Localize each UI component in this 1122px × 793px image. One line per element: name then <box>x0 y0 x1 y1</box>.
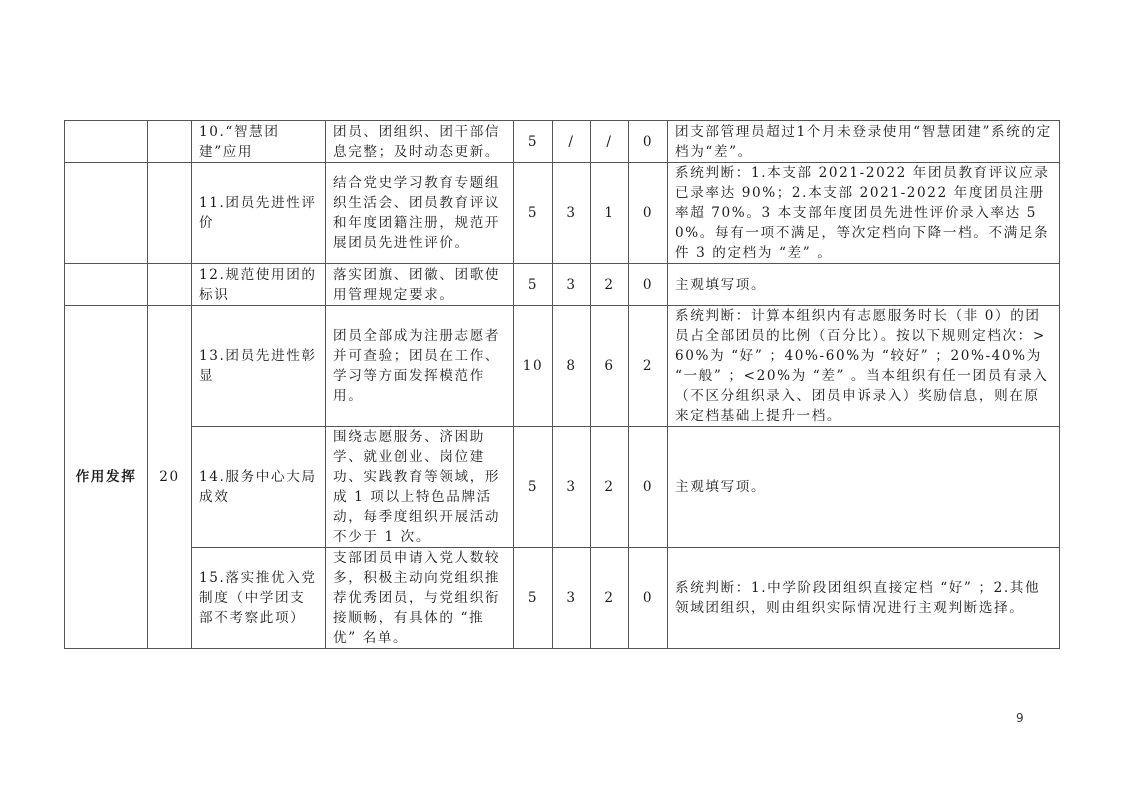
table-row: 11.团员先进性评价 结合党史学习教育专题组织生活会、团员教育评议和年度团籍注册… <box>65 163 1060 264</box>
score-fair: / <box>553 121 591 163</box>
total-cell-upper <box>148 121 192 163</box>
score-good: 10 <box>514 306 553 427</box>
table-row: 作用发挥 20 13.团员先进性彰显 团员全部成为注册志愿者并可查验；团员在工作… <box>65 306 1060 427</box>
score-fair: 8 <box>553 306 591 427</box>
table-row: 12.规范使用团的标识 落实团旗、团徽、团歌使用管理规定要求。 5 3 2 0 … <box>65 264 1060 306</box>
score-poor: 0 <box>629 264 668 306</box>
item-name: 12.规范使用团的标识 <box>192 264 326 306</box>
score-average: / <box>591 121 629 163</box>
total-cell-upper <box>148 264 192 306</box>
score-fair: 3 <box>553 163 591 264</box>
score-poor: 0 <box>629 121 668 163</box>
score-average: 2 <box>591 264 629 306</box>
grading-rule: 主观填写项。 <box>668 264 1060 306</box>
score-poor: 0 <box>629 548 668 649</box>
item-name: 13.团员先进性彰显 <box>192 306 326 427</box>
category-cell-upper <box>65 121 148 163</box>
score-fair: 3 <box>553 264 591 306</box>
total-cell-upper <box>148 163 192 264</box>
scoring-table: 10.“智慧团建”应用 团员、团组织、团干部信息完整；及时动态更新。 5 / /… <box>64 120 1060 649</box>
item-name: 15.落实推优入党制度（中学团支部不考察此项） <box>192 548 326 649</box>
score-average: 1 <box>591 163 629 264</box>
table-row: 15.落实推优入党制度（中学团支部不考察此项） 支部团员申请入党人数较多，积极主… <box>65 548 1060 649</box>
score-fair: 3 <box>553 548 591 649</box>
item-standard: 结合党史学习教育专题组织生活会、团员教育评议和年度团籍注册，规范开展团员先进性评… <box>326 163 514 264</box>
category-label: 作用发挥 <box>65 306 148 649</box>
score-good: 5 <box>514 427 553 548</box>
grading-rule: 系统判断：1.本支部 2021-2022 年团员教育评议应录已录率达 90%；2… <box>668 163 1060 264</box>
score-good: 5 <box>514 163 553 264</box>
table-row: 14.服务中心大局成效 围绕志愿服务、济困助学、就业创业、岗位建功、实践教育等领… <box>65 427 1060 548</box>
score-average: 6 <box>591 306 629 427</box>
category-total-score: 20 <box>148 306 192 649</box>
score-poor: 2 <box>629 306 668 427</box>
grading-rule: 团支部管理员超过1个月未登录使用“智慧团建”系统的定档为“差”。 <box>668 121 1060 163</box>
item-standard: 团员全部成为注册志愿者并可查验；团员在工作、学习等方面发挥模范作用。 <box>326 306 514 427</box>
item-standard: 落实团旗、团徽、团歌使用管理规定要求。 <box>326 264 514 306</box>
score-average: 2 <box>591 548 629 649</box>
score-poor: 0 <box>629 163 668 264</box>
score-good: 5 <box>514 121 553 163</box>
score-good: 5 <box>514 548 553 649</box>
item-standard: 支部团员申请入党人数较多，积极主动向党组织推荐优秀团员，与党组织衔接顺畅，有具体… <box>326 548 514 649</box>
score-good: 5 <box>514 264 553 306</box>
item-name: 10.“智慧团建”应用 <box>192 121 326 163</box>
item-name: 11.团员先进性评价 <box>192 163 326 264</box>
score-average: 2 <box>591 427 629 548</box>
page-number: 9 <box>1016 711 1024 725</box>
item-name: 14.服务中心大局成效 <box>192 427 326 548</box>
grading-rule: 系统判断：计算本组织内有志愿服务时长（非 0）的团员占全部团员的比例（百分比）。… <box>668 306 1060 427</box>
grading-rule: 主观填写项。 <box>668 427 1060 548</box>
category-cell-upper <box>65 163 148 264</box>
item-standard: 围绕志愿服务、济困助学、就业创业、岗位建功、实践教育等领域，形成 1 项以上特色… <box>326 427 514 548</box>
table-row: 10.“智慧团建”应用 团员、团组织、团干部信息完整；及时动态更新。 5 / /… <box>65 121 1060 163</box>
item-standard: 团员、团组织、团干部信息完整；及时动态更新。 <box>326 121 514 163</box>
score-poor: 0 <box>629 427 668 548</box>
category-cell-upper <box>65 264 148 306</box>
score-fair: 3 <box>553 427 591 548</box>
grading-rule: 系统判断：1.中学阶段团组织直接定档 “好” ；2.其他领域团组织，则由组织实际… <box>668 548 1060 649</box>
